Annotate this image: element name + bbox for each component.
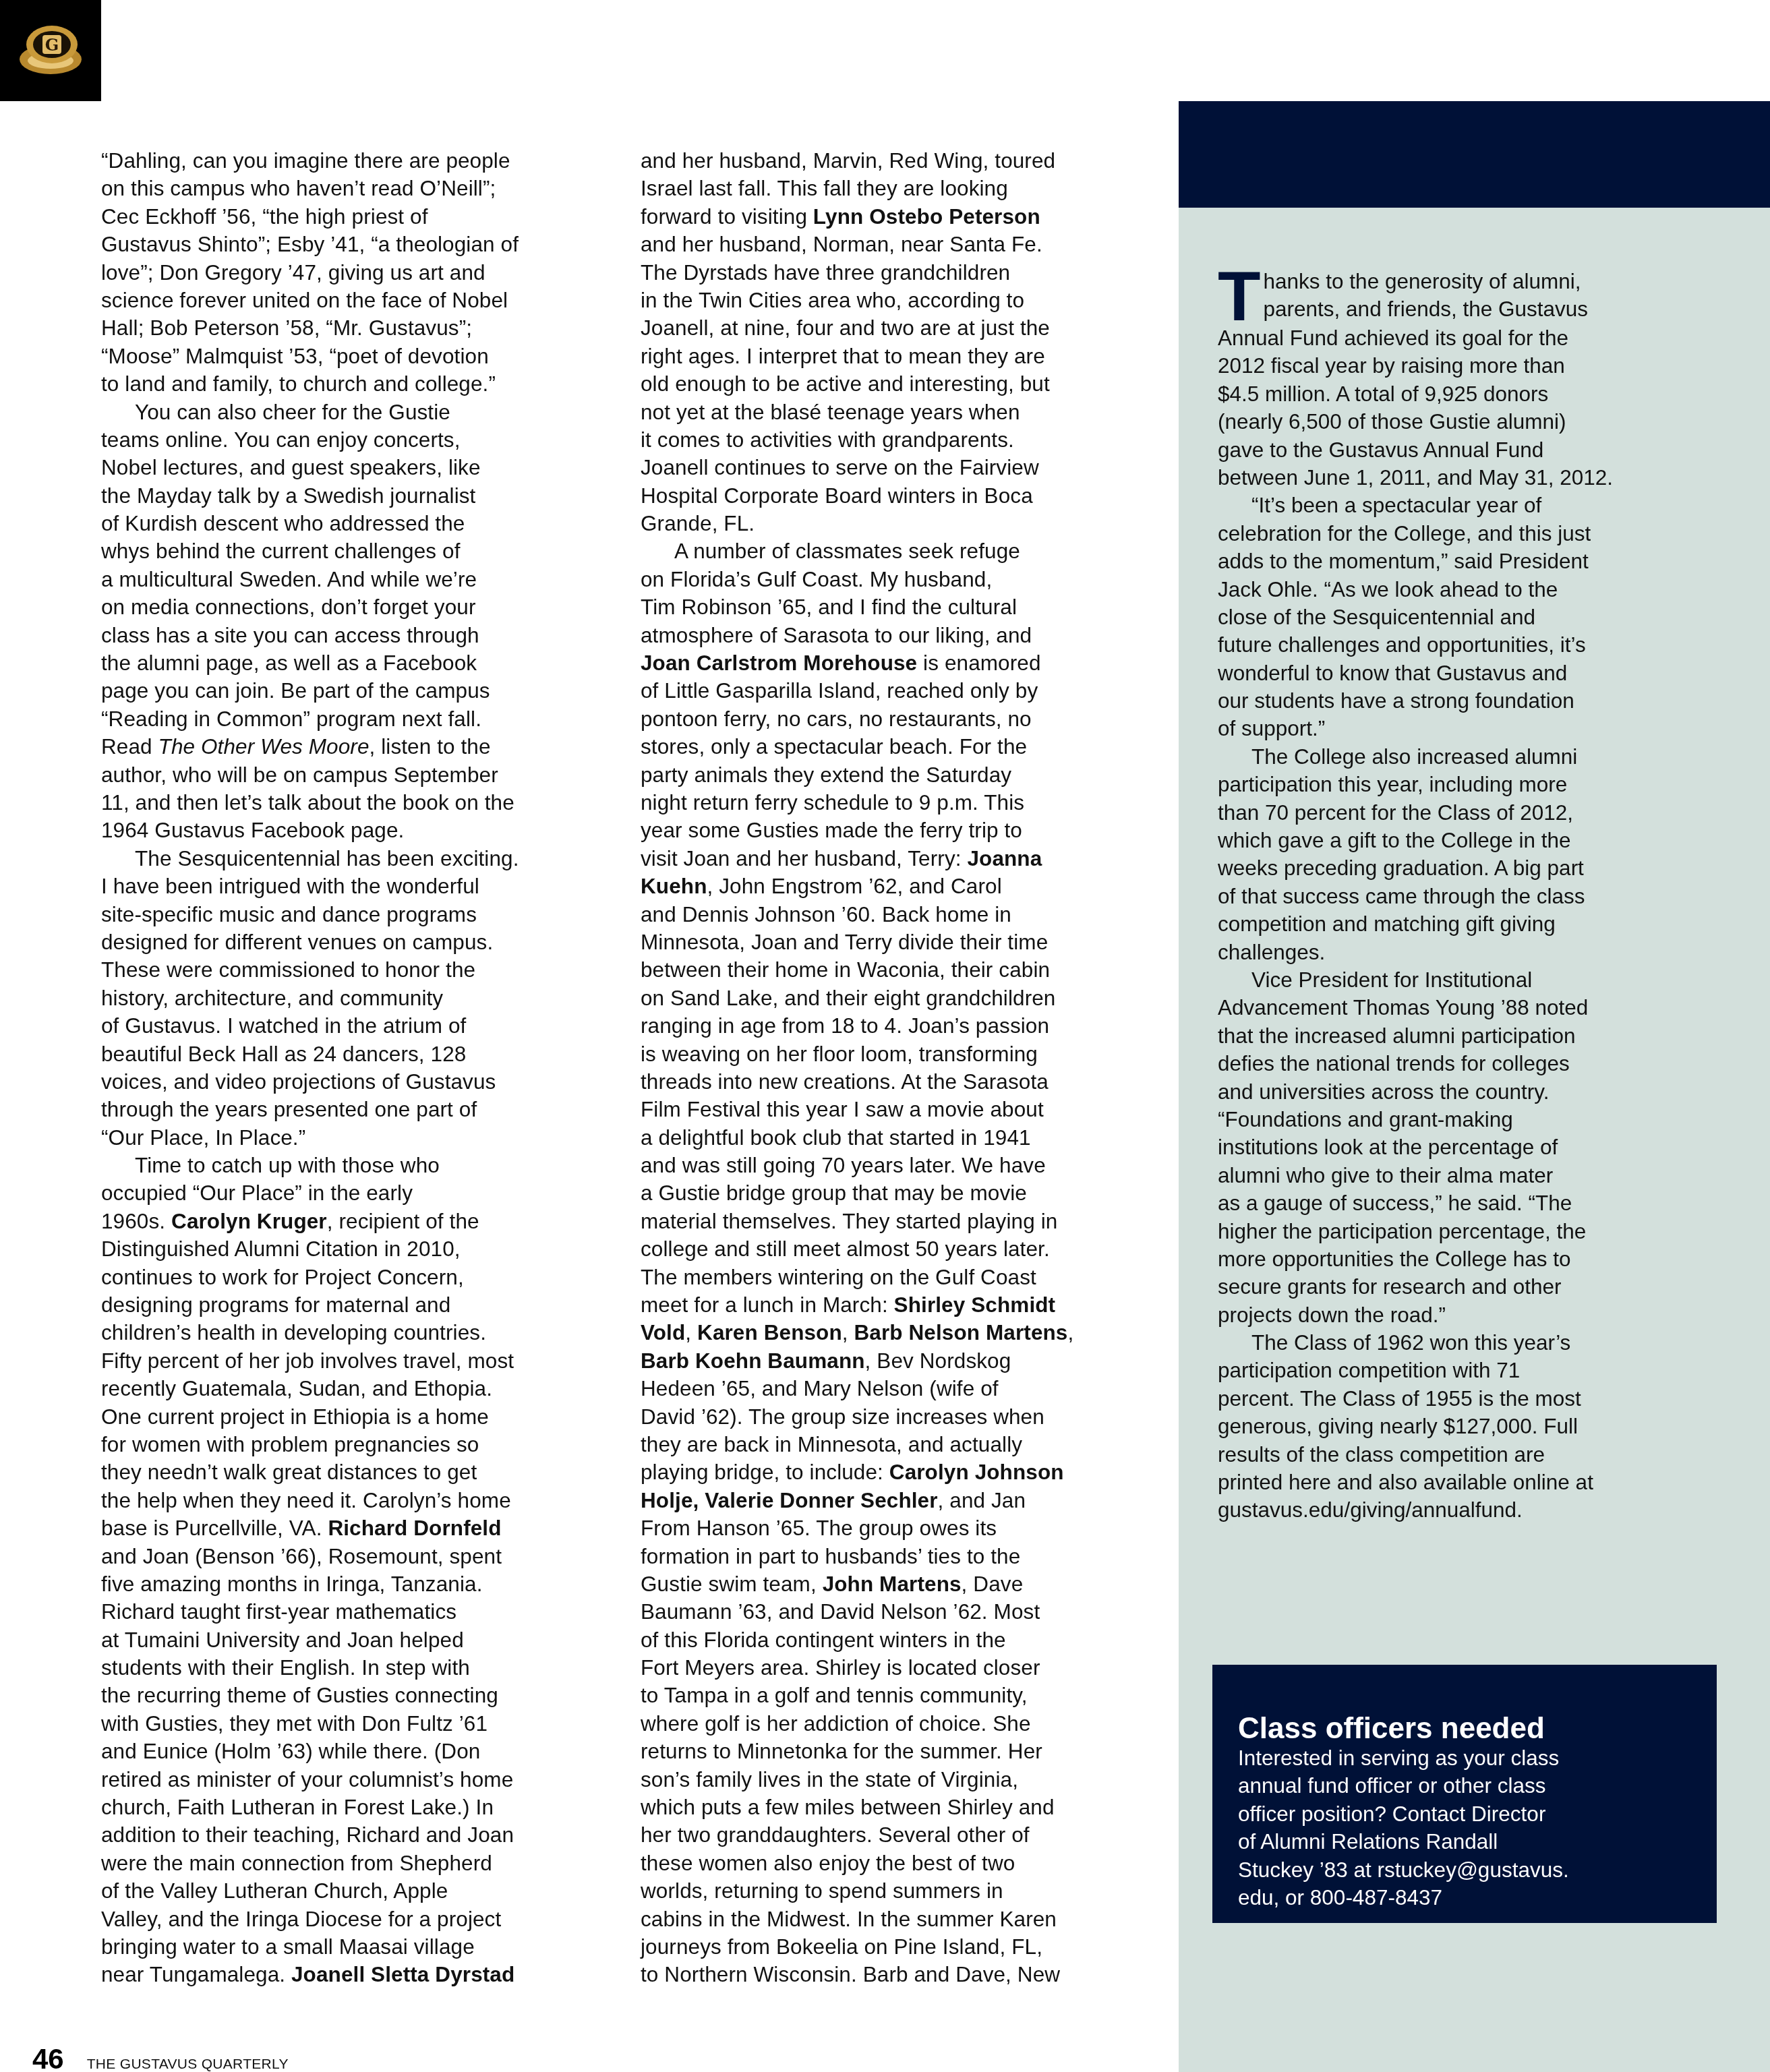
text-line: on this campus who haven’t read O’Neill”… <box>101 175 593 202</box>
text-segment: , Bev Nordskog <box>865 1349 1011 1373</box>
text-line: Barb Koehn Baumann, Bev Nordskog <box>641 1347 1133 1375</box>
text-segment: forward to visiting <box>641 204 813 229</box>
text-line: and universities across the country. <box>1218 1078 1710 1106</box>
text-line: where golf is her addiction of choice. S… <box>641 1710 1133 1738</box>
text-line: and Dennis Johnson ’60. Back home in <box>641 901 1133 928</box>
text-line: Tim Robinson ’65, and I find the cultura… <box>641 593 1133 621</box>
text-line: with Gusties, they met with Don Fultz ’6… <box>101 1710 593 1738</box>
text-line: bringing water to a small Maasai village <box>101 1933 593 1961</box>
text-line: formation in part to husbands’ ties to t… <box>641 1543 1133 1570</box>
text-line: participation competition with 71 <box>1218 1357 1710 1384</box>
text-line: The Class of 1962 won this year’s <box>1218 1329 1710 1357</box>
text-line: beautiful Beck Hall as 24 dancers, 128 <box>101 1040 593 1068</box>
text-line: in the Twin Cities area who, according t… <box>641 287 1133 314</box>
text-line: Hospital Corporate Board winters in Boca <box>641 482 1133 510</box>
text-line: Film Festival this year I saw a movie ab… <box>641 1096 1133 1123</box>
text-line: son’s family lives in the state of Virgi… <box>641 1766 1133 1794</box>
text-line: Baumann ’63, and David Nelson ’62. Most <box>641 1598 1133 1626</box>
text-line: 11, and then let’s talk about the book o… <box>101 789 593 817</box>
text-line: science forever united on the face of No… <box>101 287 593 314</box>
text-line: and Joan (Benson ’66), Rosemount, spent <box>101 1543 593 1570</box>
text-line: a delightful book club that started in 1… <box>641 1124 1133 1152</box>
text-line: which gave a gift to the College in the <box>1218 827 1710 854</box>
bold-name: Joanell Sletta Dyrstad <box>291 1962 514 1986</box>
callout-title: Class officers needed <box>1238 1713 1691 1744</box>
text-line: projects down the road.” <box>1218 1301 1710 1329</box>
text-line: $4.5 million. A total of 9,925 donors <box>1218 380 1710 408</box>
text-line: ranging in age from 18 to 4. Joan’s pass… <box>641 1012 1133 1040</box>
text-line: From Hanson ’65. The group owes its <box>641 1514 1133 1542</box>
text-line: five amazing months in Iringa, Tanzania. <box>101 1570 593 1598</box>
text-segment: , <box>1067 1320 1073 1344</box>
text-segment: Read <box>101 734 158 759</box>
text-line: “It’s been a spectacular year of <box>1218 492 1710 519</box>
svg-text:G: G <box>45 35 59 55</box>
text-line: “Our Place, In Place.” <box>101 1124 593 1152</box>
text-line: children’s health in developing countrie… <box>101 1319 593 1346</box>
class-ring-logo: G <box>0 0 101 101</box>
text-line: author, who will be on campus September <box>101 761 593 789</box>
text-line: love”; Don Gregory ’47, giving us art an… <box>101 259 593 287</box>
text-line: “Dahling, can you imagine there are peop… <box>101 147 593 175</box>
text-line: these women also enjoy the best of two <box>641 1849 1133 1877</box>
bold-name: Carolyn Johnson <box>889 1460 1064 1484</box>
text-line: Minnesota, Joan and Terry divide their t… <box>641 928 1133 956</box>
text-line: David ’62). The group size increases whe… <box>641 1403 1133 1431</box>
bold-name: Vold <box>641 1320 685 1344</box>
text-line: Holje, Valerie Donner Sechler, and Jan <box>641 1487 1133 1514</box>
page-number: 46 <box>32 2043 64 2072</box>
text-line: year some Gusties made the ferry trip to <box>641 817 1133 844</box>
text-line: a multicultural Sweden. And while we’re <box>101 566 593 593</box>
text-line: Kuehn, John Engstrom ’62, and Carol <box>641 872 1133 900</box>
text-line: occupied “Our Place” in the early <box>101 1179 593 1207</box>
text-line: of Little Gasparilla Island, reached onl… <box>641 677 1133 705</box>
text-line: wonderful to know that Gustavus and <box>1218 659 1710 687</box>
text-line: generous, giving nearly $127,000. Full <box>1218 1413 1710 1440</box>
page-footer: 46 THE GUSTAVUS QUARTERLY <box>32 2043 289 2072</box>
text-line: future challenges and opportunities, it’… <box>1218 631 1710 659</box>
text-line: competition and matching gift giving <box>1218 910 1710 938</box>
text-line: The Sesquicentennial has been exciting. <box>101 845 593 872</box>
text-line: old enough to be active and interesting,… <box>641 370 1133 398</box>
text-segment: , <box>685 1320 697 1344</box>
text-line: The College also increased alumni <box>1218 743 1710 771</box>
text-line: teams online. You can enjoy concerts, <box>101 426 593 454</box>
text-line: 1960s. Carolyn Kruger, recipient of the <box>101 1208 593 1235</box>
text-line: I have been intrigued with the wonderful <box>101 872 593 900</box>
text-line: students with their English. In step wit… <box>101 1654 593 1682</box>
text-line: These were commissioned to honor the <box>101 956 593 984</box>
text-line: 1964 Gustavus Facebook page. <box>101 817 593 844</box>
text-line: Read The Other Wes Moore, listen to the <box>101 733 593 761</box>
text-line: close of the Sesquicentennial and <box>1218 603 1710 631</box>
text-line: her two granddaughters. Several other of <box>641 1821 1133 1849</box>
text-line: journeys from Bokeelia on Pine Island, F… <box>641 1933 1133 1961</box>
text-line: not yet at the blasé teenage years when <box>641 398 1133 426</box>
text-line: Distinguished Alumni Citation in 2010, <box>101 1235 593 1263</box>
text-line: on Florida’s Gulf Coast. My husband, <box>641 566 1133 593</box>
text-line: on media connections, don’t forget your <box>101 593 593 621</box>
text-line: between June 1, 2011, and May 31, 2012. <box>1218 464 1710 492</box>
text-line: through the years presented one part of <box>101 1096 593 1123</box>
bold-name: Carolyn Kruger <box>171 1209 327 1233</box>
italic-title: The Other Wes Moore <box>158 734 370 759</box>
text-line: Gustie swim team, John Martens, Dave <box>641 1570 1133 1598</box>
text-line: the help when they need it. Carolyn’s ho… <box>101 1487 593 1514</box>
callout-line: Stuckey ’83 at rstuckey@gustavus. <box>1238 1856 1691 1884</box>
article-column-middle: and her husband, Marvin, Red Wing, toure… <box>641 147 1133 1989</box>
text-line: Jack Ohle. “As we look ahead to the <box>1218 576 1710 603</box>
text-line: The Dyrstads have three grandchildren <box>641 259 1133 287</box>
text-line: A number of classmates seek refuge <box>641 537 1133 565</box>
text-line: recently Guatemala, Sudan, and Ethopia. <box>101 1375 593 1402</box>
callout-line: Interested in serving as your class <box>1238 1744 1691 1772</box>
text-line: Annual Fund achieved its goal for the <box>1218 324 1710 352</box>
annual-fund-article: T hanks to the generosity of alumni,pare… <box>1218 268 1710 1525</box>
text-line: at Tumaini University and Joan helped <box>101 1626 593 1654</box>
text-line: secure grants for research and other <box>1218 1273 1710 1301</box>
bold-name: John Martens <box>823 1572 962 1596</box>
article-column-left: “Dahling, can you imagine there are peop… <box>101 147 593 1989</box>
text-line: addition to their teaching, Richard and … <box>101 1821 593 1849</box>
text-line: designed for different venues on campus. <box>101 928 593 956</box>
text-line: Gustavus Shinto”; Esby ’41, “a theologia… <box>101 231 593 258</box>
text-line: “Reading in Common” program next fall. <box>101 705 593 733</box>
text-line: of the Valley Lutheran Church, Apple <box>101 1877 593 1905</box>
text-line: as a gauge of success,” he said. “The <box>1218 1189 1710 1217</box>
text-line: Advancement Thomas Young ’88 noted <box>1218 994 1710 1022</box>
text-segment: , Dave <box>962 1572 1024 1596</box>
text-line: the alumni page, as well as a Facebook <box>101 649 593 677</box>
text-line: which puts a few miles between Shirley a… <box>641 1794 1133 1821</box>
text-line: party animals they extend the Saturday <box>641 761 1133 789</box>
text-segment: , recipient of the <box>327 1209 479 1233</box>
text-line: cabins in the Midwest. In the summer Kar… <box>641 1905 1133 1933</box>
text-line: (nearly 6,500 of those Gustie alumni) <box>1218 408 1710 436</box>
text-line: and Eunice (Holm ’63) while there. (Don <box>101 1738 593 1765</box>
text-line: defies the national trends for colleges <box>1218 1050 1710 1077</box>
text-line: the Mayday talk by a Swedish journalist <box>101 482 593 510</box>
text-line: more opportunities the College has to <box>1218 1245 1710 1273</box>
text-line: You can also cheer for the Gustie <box>101 398 593 426</box>
text-line: results of the class competition are <box>1218 1441 1710 1469</box>
text-line: of this Florida contingent winters in th… <box>641 1626 1133 1654</box>
class-officers-callout: Class officers needed Interested in serv… <box>1212 1665 1717 1923</box>
text-line: of Kurdish descent who addressed the <box>101 510 593 537</box>
bold-name: Joanna <box>967 846 1042 870</box>
bold-name: Holje, Valerie Donner Sechler <box>641 1488 938 1512</box>
text-line: our students have a strong foundation <box>1218 687 1710 715</box>
text-line: adds to the momentum,” said President <box>1218 547 1710 575</box>
bold-name: Karen Benson <box>697 1320 842 1344</box>
text-line: “Moose” Malmquist ’53, “poet of devotion <box>101 343 593 370</box>
text-line: Vice President for Institutional <box>1218 966 1710 994</box>
text-line: continues to work for Project Concern, <box>101 1264 593 1291</box>
text-line: of that success came through the class <box>1218 883 1710 910</box>
publication-name: THE GUSTAVUS QUARTERLY <box>87 2056 289 2072</box>
text-line: Joanell, at nine, four and two are at ju… <box>641 314 1133 342</box>
text-line: Vold, Karen Benson, Barb Nelson Martens, <box>641 1319 1133 1346</box>
text-line: “Foundations and grant-making <box>1218 1106 1710 1133</box>
text-line: site-specific music and dance programs <box>101 901 593 928</box>
drop-cap: T <box>1218 270 1261 324</box>
text-line: higher the participation percentage, the <box>1218 1218 1710 1245</box>
text-line: One current project in Ethiopia is a hom… <box>101 1403 593 1431</box>
text-line: they are back in Minnesota, and actually <box>641 1431 1133 1458</box>
text-line: Richard taught first-year mathematics <box>101 1598 593 1626</box>
text-line: gustavus.edu/giving/annualfund. <box>1218 1496 1710 1524</box>
text-line: base is Purcellville, VA. Richard Dornfe… <box>101 1514 593 1542</box>
text-line: is weaving on her floor loom, transformi… <box>641 1040 1133 1068</box>
text-segment: near Tungamalega. <box>101 1962 291 1986</box>
text-segment: , <box>842 1320 854 1344</box>
text-line: 2012 fiscal year by raising more than <box>1218 352 1710 380</box>
text-line: they needn’t walk great distances to get <box>101 1458 593 1486</box>
text-line: Fifty percent of her job involves travel… <box>101 1347 593 1375</box>
text-line: on Sand Lake, and their eight grandchild… <box>641 984 1133 1012</box>
text-line: Fort Meyers area. Shirley is located clo… <box>641 1654 1133 1682</box>
text-line: retired as minister of your columnist’s … <box>101 1766 593 1794</box>
callout-line: officer position? Contact Director <box>1238 1800 1691 1828</box>
text-line: a Gustie bridge group that may be movie <box>641 1179 1133 1207</box>
text-line: night return ferry schedule to 9 p.m. Th… <box>641 789 1133 817</box>
text-line: material themselves. They started playin… <box>641 1208 1133 1235</box>
text-line: of support.” <box>1218 715 1710 742</box>
bold-name: Barb Koehn Baumann <box>641 1349 865 1373</box>
text-line: Valley, and the Iringa Diocese for a pro… <box>101 1905 593 1933</box>
text-line: Nobel lectures, and guest speakers, like <box>101 454 593 481</box>
bold-name: Kuehn <box>641 874 707 898</box>
text-segment: Gustie swim team, <box>641 1572 823 1596</box>
text-line: were the main connection from Shepherd <box>101 1849 593 1877</box>
text-line: alumni who give to their alma mater <box>1218 1162 1710 1189</box>
text-line: challenges. <box>1218 939 1710 966</box>
text-segment: visit Joan and her husband, Terry: <box>641 846 967 870</box>
bold-name: Richard Dornfeld <box>328 1516 501 1540</box>
text-line: Joanell continues to serve on the Fairvi… <box>641 454 1133 481</box>
text-segment: 1960s. <box>101 1209 171 1233</box>
text-line: and her husband, Norman, near Santa Fe. <box>641 231 1133 258</box>
callout-body: Interested in serving as your classannua… <box>1238 1744 1691 1912</box>
text-line: visit Joan and her husband, Terry: Joann… <box>641 845 1133 872</box>
text-segment: base is Purcellville, VA. <box>101 1516 328 1540</box>
text-line: stores, only a spectacular beach. For th… <box>641 733 1133 761</box>
callout-line: of Alumni Relations Randall <box>1238 1828 1691 1856</box>
text-line: Grande, FL. <box>641 510 1133 537</box>
text-line: The members wintering on the Gulf Coast <box>641 1264 1133 1291</box>
text-line: Israel last fall. This fall they are loo… <box>641 175 1133 202</box>
text-line: to Tampa in a golf and tennis community, <box>641 1682 1133 1709</box>
text-line: parents, and friends, the Gustavus <box>1218 295 1710 323</box>
text-segment: playing bridge, to include: <box>641 1460 889 1484</box>
text-line: worlds, returning to spend summers in <box>641 1877 1133 1905</box>
text-line: voices, and video projections of Gustavu… <box>101 1068 593 1096</box>
text-line: it comes to activities with grandparents… <box>641 426 1133 454</box>
bold-name: Shirley Schmidt <box>894 1293 1056 1317</box>
text-line: Joan Carlstrom Morehouse is enamored <box>641 649 1133 677</box>
text-line: threads into new creations. At the Saras… <box>641 1068 1133 1096</box>
text-segment: , and Jan <box>938 1488 1026 1512</box>
text-line: returns to Minnetonka for the summer. He… <box>641 1738 1133 1765</box>
text-segment: is enamored <box>917 651 1040 675</box>
text-line: class has a site you can access through <box>101 622 593 649</box>
text-line: Cec Eckhoff ’56, “the high priest of <box>101 203 593 231</box>
text-line: for women with problem pregnancies so <box>101 1431 593 1458</box>
bold-name: Barb Nelson Martens <box>854 1320 1068 1344</box>
text-line: hanks to the generosity of alumni, <box>1218 268 1710 295</box>
class-ring-g-icon: G <box>13 20 88 81</box>
text-line: and her husband, Marvin, Red Wing, toure… <box>641 147 1133 175</box>
text-line: playing bridge, to include: Carolyn John… <box>641 1458 1133 1486</box>
text-line: percent. The Class of 1955 is the most <box>1218 1385 1710 1413</box>
text-line: institutions look at the percentage of <box>1218 1133 1710 1161</box>
callout-line: annual fund officer or other class <box>1238 1772 1691 1800</box>
text-line: of Gustavus. I watched in the atrium of <box>101 1012 593 1040</box>
text-line: meet for a lunch in March: Shirley Schmi… <box>641 1291 1133 1319</box>
text-line: atmosphere of Sarasota to our liking, an… <box>641 622 1133 649</box>
text-line: than 70 percent for the Class of 2012, <box>1218 799 1710 827</box>
text-line: page you can join. Be part of the campus <box>101 677 593 705</box>
annual-fund-sidebar: T hanks to the generosity of alumni,pare… <box>1179 101 1770 2072</box>
text-line: Time to catch up with those who <box>101 1152 593 1179</box>
text-line: college and still meet almost 50 years l… <box>641 1235 1133 1263</box>
callout-line: edu, or 800-487-8437 <box>1238 1884 1691 1912</box>
text-line: designing programs for maternal and <box>101 1291 593 1319</box>
text-line: celebration for the College, and this ju… <box>1218 520 1710 547</box>
text-line: Hall; Bob Peterson ’58, “Mr. Gustavus”; <box>101 314 593 342</box>
bold-name: Joan Carlstrom Morehouse <box>641 651 917 675</box>
text-segment: , John Engstrom ’62, and Carol <box>707 874 1002 898</box>
text-line: gave to the Gustavus Annual Fund <box>1218 436 1710 464</box>
text-line: weeks preceding graduation. A big part <box>1218 854 1710 882</box>
text-line: to Northern Wisconsin. Barb and Dave, Ne… <box>641 1961 1133 1988</box>
text-line: near Tungamalega. Joanell Sletta Dyrstad <box>101 1961 593 1988</box>
text-line: right ages. I interpret that to mean the… <box>641 343 1133 370</box>
text-line: forward to visiting Lynn Ostebo Peterson <box>641 203 1133 231</box>
sidebar-header-band <box>1179 101 1770 208</box>
text-line: to land and family, to church and colleg… <box>101 370 593 398</box>
text-line: whys behind the current challenges of <box>101 537 593 565</box>
text-line: the recurring theme of Gusties connectin… <box>101 1682 593 1709</box>
text-line: between their home in Waconia, their cab… <box>641 956 1133 984</box>
bold-name: Lynn Ostebo Peterson <box>813 204 1040 229</box>
text-line: printed here and also available online a… <box>1218 1469 1710 1496</box>
text-line: pontoon ferry, no cars, no restaurants, … <box>641 705 1133 733</box>
text-line: history, architecture, and community <box>101 984 593 1012</box>
text-line: participation this year, including more <box>1218 771 1710 798</box>
text-segment: meet for a lunch in March: <box>641 1293 894 1317</box>
text-segment: , listen to the <box>370 734 491 759</box>
text-line: that the increased alumni participation <box>1218 1022 1710 1050</box>
text-line: and was still going 70 years later. We h… <box>641 1152 1133 1179</box>
text-line: Hedeen ’65, and Mary Nelson (wife of <box>641 1375 1133 1402</box>
text-line: church, Faith Lutheran in Forest Lake.) … <box>101 1794 593 1821</box>
